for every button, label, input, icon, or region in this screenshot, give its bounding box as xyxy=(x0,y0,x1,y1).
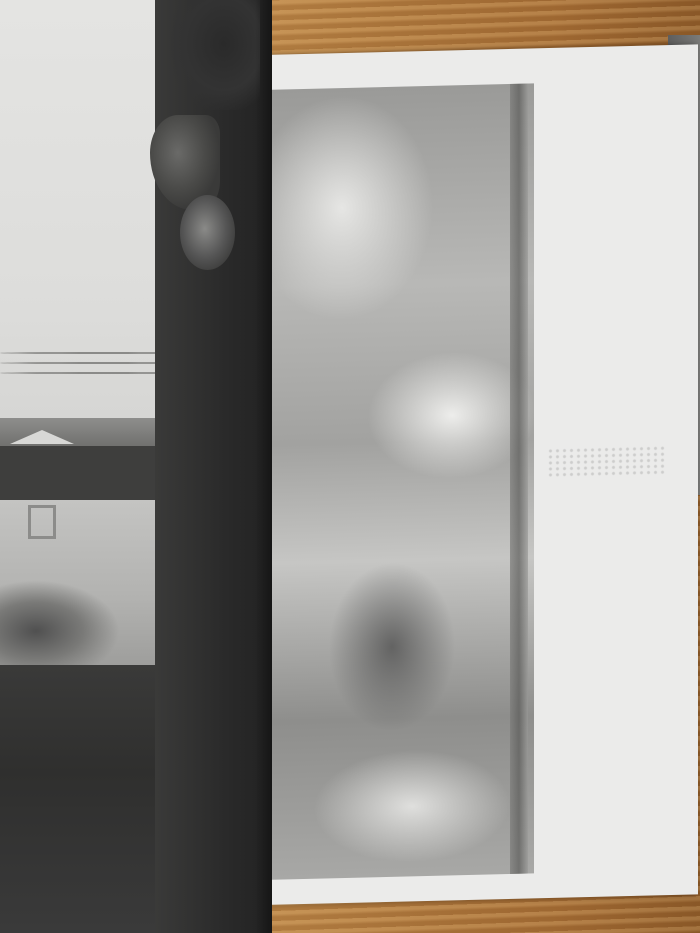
figure-chest xyxy=(180,195,235,270)
distant-window xyxy=(28,505,56,539)
toner-speckles xyxy=(547,445,667,478)
house-roof xyxy=(10,430,74,444)
right-page-photo-print xyxy=(272,83,534,879)
right-page xyxy=(262,44,698,905)
print-edge-streak xyxy=(510,83,528,873)
left-page xyxy=(0,0,272,933)
figure-hair xyxy=(170,0,260,110)
plants xyxy=(0,580,120,665)
book-gutter-shadow xyxy=(255,0,272,933)
